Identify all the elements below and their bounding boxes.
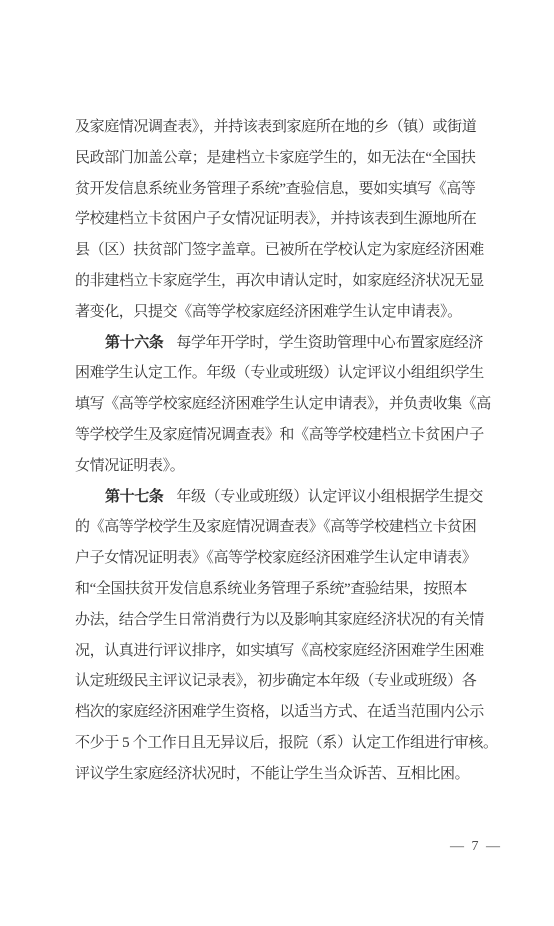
document-page: 及家庭情况调查表》，并持该表到家庭所在地的乡（镇）或街道民政部门加盖公章；是建档… [0, 0, 554, 926]
text-line: 及家庭情况调查表》，并持该表到家庭所在地的乡（镇）或街道 [75, 112, 495, 143]
text-line: 档次的家庭经济困难学生资格，以适当方式、在适当范围内公示 [75, 697, 495, 728]
text-line: 的非建档立卡家庭学生，再次申请认定时，如家庭经济状况无显 [75, 266, 495, 297]
article-number: 第十七条 [105, 489, 163, 505]
text-line: 著变化，只提交《高等学校家庭经济困难学生认定申请表》。 [75, 297, 495, 328]
document-body-text: 及家庭情况调查表》，并持该表到家庭所在地的乡（镇）或街道民政部门加盖公章；是建档… [75, 112, 495, 790]
text-line: 第十七条年级（专业或班级）认定评议小组根据学生提交 [75, 482, 495, 513]
text-line: 学校建档立卡贫困户子女情况证明表》，并持该表到生源地所在 [75, 204, 495, 235]
text-line: 等学校学生及家庭情况调查表》和《高等学校建档立卡贫困户子 [75, 420, 495, 451]
text-line: 评议学生家庭经济状况时，不能让学生当众诉苦、互相比困。 [75, 759, 495, 790]
text-line: 不少于 5 个工作日且无异议后，报院（系）认定工作组进行审核。 [75, 728, 495, 759]
article-number: 第十六条 [105, 335, 163, 351]
text-line: 女情况证明表》。 [75, 451, 495, 482]
page-number: — 7 — [450, 839, 502, 855]
text-line: 认定班级民主评议记录表》，初步确定本年级（专业或班级）各 [75, 666, 495, 697]
text-line: 办法，结合学生日常消费行为以及影响其家庭经济状况的有关情 [75, 605, 495, 636]
text-line: 第十六条每学年开学时，学生资助管理中心布置家庭经济 [75, 328, 495, 359]
text-line: 贫开发信息系统业务管理子系统”查验信息，要如实填写《高等 [75, 174, 495, 205]
text-line: 况，认真进行评议排序，如实填写《高校家庭经济困难学生困难 [75, 636, 495, 667]
text-line: 的《高等学校学生及家庭情况调查表》《高等学校建档立卡贫困 [75, 512, 495, 543]
article-text: 每学年开学时，学生资助管理中心布置家庭经济 [176, 335, 483, 351]
text-line: 民政部门加盖公章；是建档立卡家庭学生的，如无法在“全国扶 [75, 143, 495, 174]
text-line: 县（区）扶贫部门签字盖章。已被所在学校认定为家庭经济困难 [75, 235, 495, 266]
text-line: 困难学生认定工作。年级（专业或班级）认定评议小组组织学生 [75, 358, 495, 389]
text-line: 填写《高等学校家庭经济困难学生认定申请表》，并负责收集《高 [75, 389, 495, 420]
text-line: 户子女情况证明表》《高等学校家庭经济困难学生认定申请表》 [75, 543, 495, 574]
text-line: 和“全国扶贫开发信息系统业务管理子系统”查验结果，按照本 [75, 574, 495, 605]
article-text: 年级（专业或班级）认定评议小组根据学生提交 [176, 489, 483, 505]
